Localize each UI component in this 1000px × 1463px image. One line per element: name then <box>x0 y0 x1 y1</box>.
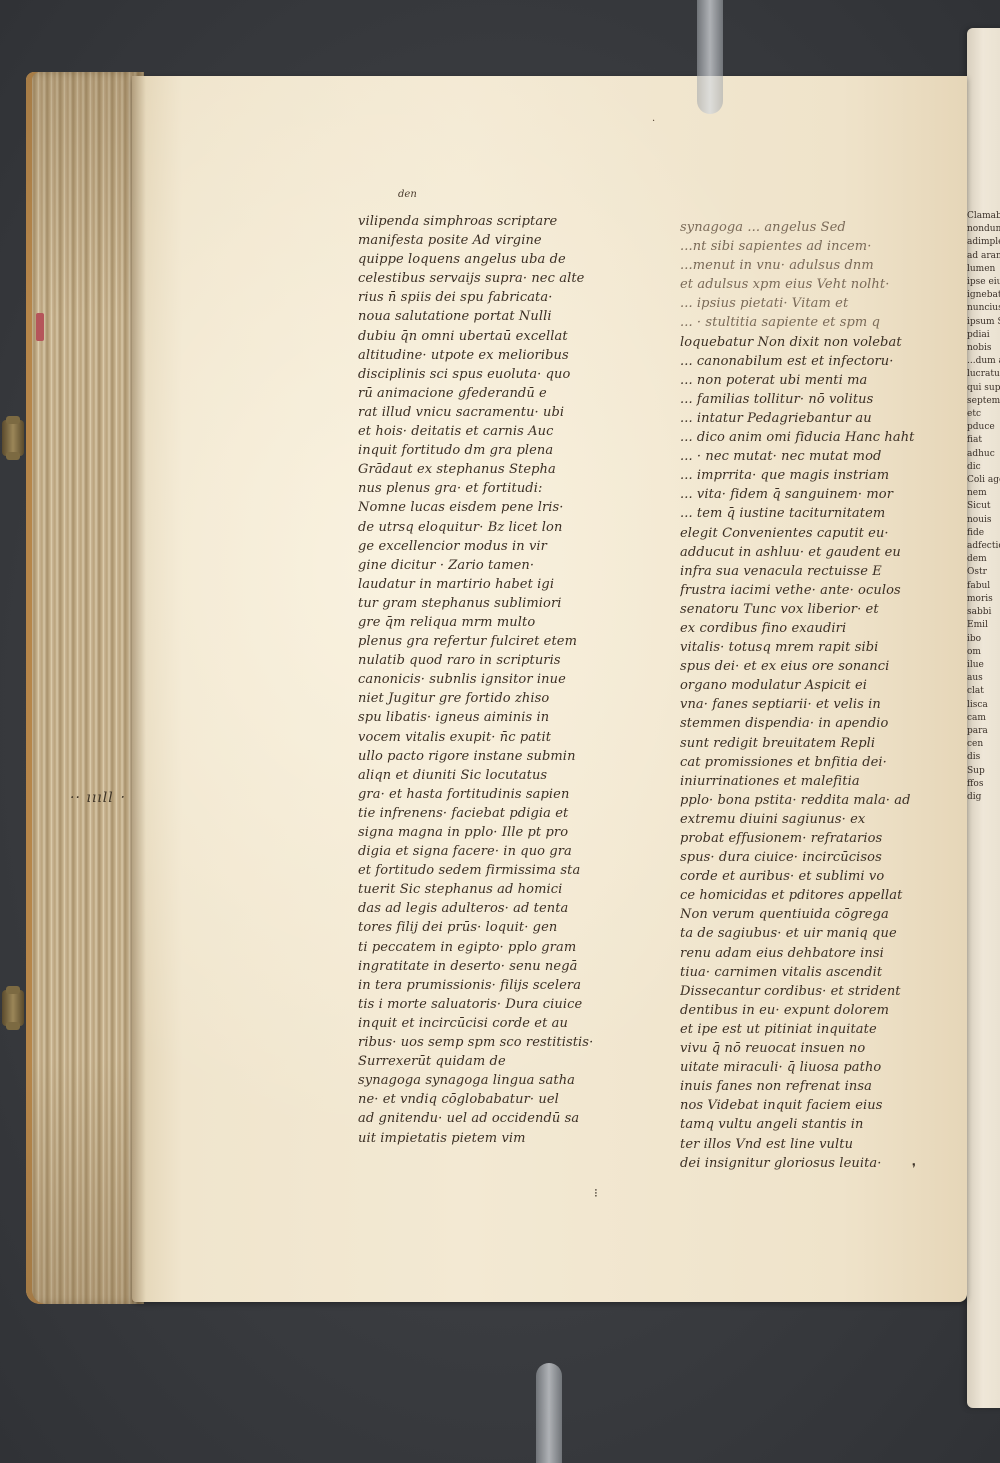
next-leaf-line: fabul <box>967 580 1000 593</box>
next-leaf-line: ipse eius <box>967 276 1000 289</box>
manuscript-line: de utrsq eloquitur· Bz licet lon <box>358 518 628 537</box>
manuscript-line: gre q̄m reliqua mrm multo <box>358 613 628 632</box>
book-weight-top <box>697 0 723 114</box>
next-leaf-line: fide <box>967 527 1000 540</box>
manuscript-line: et ipe est ut pitiniat inquitate <box>680 1020 948 1039</box>
manuscript-line: ... vita· fidem q̄ sanguinem· mor <box>680 485 948 504</box>
manuscript-line: infra sua venacula rectuisse E <box>680 562 948 581</box>
manuscript-line: ge excellencior modus in vir <box>358 537 628 556</box>
next-leaf-line: Coli agens <box>967 474 1000 487</box>
next-leaf-line: pdiai <box>967 329 1000 342</box>
next-leaf-line: ilue <box>967 659 1000 672</box>
manuscript-line: iniurrinationes et malefitia <box>680 772 948 791</box>
next-leaf-line: dig <box>967 791 1000 804</box>
manuscript-line: gine dicitur · Zario tamen· <box>358 556 628 575</box>
manuscript-line: noua salutatione portat Nulli <box>358 307 628 326</box>
book-fore-edge <box>26 72 144 1304</box>
manuscript-line: ... · nec mutat· nec mutat mod <box>680 447 948 466</box>
manuscript-line: inquit fortitudo dm gra plena <box>358 441 628 460</box>
manuscript-line: corde et auribus· et sublimi vo <box>680 867 948 886</box>
manuscript-line: et adulsus xpm eius Veht nolht· <box>680 275 948 294</box>
manuscript-line: ... dico anim omi fiducia Hanc haht <box>680 428 948 447</box>
manuscript-line: canonicis· subnlis ignsitor inue <box>358 670 628 689</box>
next-leaf-line: qui sup <box>967 382 1000 395</box>
next-leaf-line: Sicut <box>967 500 1000 513</box>
clasp-lower <box>2 990 24 1026</box>
manuscript-line: ex cordibus fino exaudiri <box>680 619 948 638</box>
next-leaf-line: clat <box>967 685 1000 698</box>
next-leaf-line: ...dum aduer <box>967 355 1000 368</box>
manuscript-line: sunt redigit breuitatem Repli <box>680 734 948 753</box>
bottom-margin-mark: ⁝ <box>594 1186 598 1200</box>
next-leaf-line: lucratus <box>967 368 1000 381</box>
manuscript-line: quippe loquens angelus uba de <box>358 250 628 269</box>
next-leaf-line: ipsum S <box>967 316 1000 329</box>
manuscript-line: Dissecantur cordibus· et strident <box>680 982 948 1001</box>
next-leaf-line: septem <box>967 395 1000 408</box>
manuscript-line: senatoru Tunc vox liberior· et <box>680 600 948 619</box>
manuscript-line: ... imprrita· que magis instriam <box>680 466 948 485</box>
manuscript-line: Nomne lucas eisdem pene lris· <box>358 498 628 517</box>
manuscript-line: cat promissiones et bnfitia dei· <box>680 753 948 772</box>
next-leaf-line: ignebat <box>967 289 1000 302</box>
next-leaf-line: ibo <box>967 633 1000 646</box>
manuscript-line: probat effusionem· refratarios <box>680 829 948 848</box>
manuscript-line: dentibus in eu· expunt dolorem <box>680 1001 948 1020</box>
next-leaf-line: ffos <box>967 778 1000 791</box>
manuscript-line: rius n̄ spiis dei spu fabricata· <box>358 288 628 307</box>
manuscript-line: tuerit Sic stephanus ad homici <box>358 880 628 899</box>
top-margin-mark: · <box>652 116 655 127</box>
next-leaf-line: adhuc <box>967 448 1000 461</box>
book-weight-bottom <box>536 1363 562 1463</box>
next-leaf-line: aus <box>967 672 1000 685</box>
manuscript-line: gra· et hasta fortitudinis sapien <box>358 785 628 804</box>
next-leaf-line: lisca <box>967 699 1000 712</box>
next-leaf-line: nem <box>967 487 1000 500</box>
manuscript-line: ... canonabilum est et infectoru· <box>680 352 948 371</box>
clasp-upper <box>2 420 24 456</box>
manuscript-line: ta de sagiubus· et uir maniq que <box>680 924 948 943</box>
manuscript-line: ... tem q̄ iustine taciturnitatem <box>680 504 948 523</box>
manuscript-line: vocem vitalis exupit· n̄c patit <box>358 728 628 747</box>
manuscript-line: Grādaut ex stephanus Stepha <box>358 460 628 479</box>
manuscript-line: ... familias tollitur· nō volitus <box>680 390 948 409</box>
next-leaf-line: fiat <box>967 434 1000 447</box>
manuscript-line: celestibus servaijs supra· nec alte <box>358 269 628 288</box>
next-leaf-line: cam <box>967 712 1000 725</box>
next-leaf-line: moris <box>967 593 1000 606</box>
manuscript-line: nulatib quod raro in scripturis <box>358 651 628 670</box>
next-leaf-text: Clamabatnondumadimpletad aramlumenipse e… <box>967 210 1000 804</box>
manuscript-line: synagoga ... angelus Sed <box>680 218 948 237</box>
manuscript-line: nos Videbat inquit faciem eius <box>680 1096 948 1115</box>
manuscript-line: niet Jugitur gre fortido zhiso <box>358 689 628 708</box>
manuscript-line: adducut in ashluu· et gaudent eu <box>680 543 948 562</box>
manuscript-line: vivu q̄ nō reuocat insuen no <box>680 1039 948 1058</box>
manuscript-line: et fortitudo sedem firmissima sta <box>358 861 628 880</box>
manuscript-line: tis i morte saluatoris· Dura ciuice <box>358 995 628 1014</box>
next-leaf-line: Ostr <box>967 566 1000 579</box>
manuscript-line: ingratitate in deserto· senu negā <box>358 957 628 976</box>
manuscript-line: elegit Convenientes caputit eu· <box>680 524 948 543</box>
manuscript-line: spus· dura ciuice· incircūcisos <box>680 848 948 867</box>
manuscript-line: signa magna in pplo· Ille pt pro <box>358 823 628 842</box>
manuscript-line: Surrexerūt quidam de <box>358 1052 628 1071</box>
next-leaf-line: Sup <box>967 765 1000 778</box>
manuscript-line: altitudine· utpote ex melioribus <box>358 346 628 365</box>
manuscript-line: plenus gra refertur fulciret etem <box>358 632 628 651</box>
manuscript-line: tiua· carnimen vitalis ascendit <box>680 963 948 982</box>
next-leaf-line: ad aram <box>967 250 1000 263</box>
manuscript-line: ...menut in vnu· adulsus dnm <box>680 256 948 275</box>
manuscript-line: ter illos Vnd est line vultu <box>680 1135 948 1154</box>
next-leaf-line: dem <box>967 553 1000 566</box>
manuscript-line: uitate miraculi· q̄ liuosa patho <box>680 1058 948 1077</box>
next-leaf-line: pduce <box>967 421 1000 434</box>
next-leaf-line: para <box>967 725 1000 738</box>
manuscript-line: renu adam eius dehbatore insi <box>680 944 948 963</box>
manuscript-line: synagoga synagoga lingua satha <box>358 1071 628 1090</box>
manuscript-line: vitalis· totusq mrem rapit sibi <box>680 638 948 657</box>
next-leaf-line: cen <box>967 738 1000 751</box>
manuscript-line: tur gram stephanus sublimiori <box>358 594 628 613</box>
next-leaf-line: sabbi <box>967 606 1000 619</box>
interlinear-gloss: den <box>398 189 417 200</box>
manuscript-line: laudatur in martirio habet igi <box>358 575 628 594</box>
manuscript-line: ce homicidas et pditores appellat <box>680 886 948 905</box>
manuscript-line: extremu diuini sagiunus· ex <box>680 810 948 829</box>
manuscript-line: ... · stultitia sapiente et spm q <box>680 313 948 332</box>
next-leaf-line: adimplet <box>967 236 1000 249</box>
manuscript-line: digia et signa facere· in quo gra <box>358 842 628 861</box>
manuscript-line: disciplinis sci spus euoluta· quo <box>358 365 628 384</box>
text-column-left: vilipenda simphroas scriptaremanifesta p… <box>358 212 628 1148</box>
manuscript-line: aliqn et diuniti Sic locutatus <box>358 766 628 785</box>
manuscript-line: loquebatur Non dixit non volebat <box>680 333 948 352</box>
manuscript-line: nus plenus gra· et fortitudi: <box>358 479 628 498</box>
manuscript-line: rat illud vnicu sacramentu· ubi <box>358 403 628 422</box>
manuscript-line: et hois· deitatis et carnis Auc <box>358 422 628 441</box>
manuscript-line: in tera prumissionis· filijs scelera <box>358 976 628 995</box>
next-leaf-line: Clamabat <box>967 210 1000 223</box>
next-leaf-line: nobis <box>967 342 1000 355</box>
manuscript-line: inuis fanes non refrenat insa <box>680 1077 948 1096</box>
page-tab-marker <box>36 313 44 341</box>
manuscript-line: dubiu q̄n omni ubertaū excellat <box>358 327 628 346</box>
manuscript-line: manifesta posite Ad virgine <box>358 231 628 250</box>
manuscript-line: ... ipsius pietati· Vitam et <box>680 294 948 313</box>
manuscript-line: uit impietatis pietem vim <box>358 1129 628 1148</box>
next-leaf-line: etc <box>967 408 1000 421</box>
next-leaf-line: dic <box>967 461 1000 474</box>
text-column-right: synagoga ... angelus Sed...nt sibi sapie… <box>680 218 948 1173</box>
manuscript-line: das ad legis adulteros· ad tenta <box>358 899 628 918</box>
manuscript-line: ne· et vndiq cōglobabatur· uel <box>358 1090 628 1109</box>
manuscript-line: rū animacione gfederandū e <box>358 384 628 403</box>
manuscript-line: spu libatis· igneus aiminis in <box>358 708 628 727</box>
manuscript-line: ribus· uos semp spm sco restitistis· <box>358 1033 628 1052</box>
manuscript-line: ti peccatem in egipto· pplo gram <box>358 938 628 957</box>
manuscript-line: inquit et incircūcisi corde et au <box>358 1014 628 1033</box>
manuscript-line: ullo pacto rigore instane submin <box>358 747 628 766</box>
next-leaf-line: lumen <box>967 263 1000 276</box>
next-leaf-line: adfectio <box>967 540 1000 553</box>
next-leaf-line: Emil <box>967 619 1000 632</box>
manuscript-line: Non verum quentiuida cōgrega <box>680 905 948 924</box>
manuscript-line: tamq vultu angeli stantis in <box>680 1115 948 1134</box>
manuscript-line: dei insignitur gloriosus leuita· <box>680 1154 948 1173</box>
manuscript-line: organo modulatur Aspicit ei <box>680 676 948 695</box>
manuscript-line: ... intatur Pedagriebantur au <box>680 409 948 428</box>
manuscript-line: ...nt sibi sapientes ad incem· <box>680 237 948 256</box>
next-leaf-line: om <box>967 646 1000 659</box>
manuscript-line: tie infrenens· faciebat pdigia et <box>358 804 628 823</box>
manuscript-line: vna· fanes septiarii· et velis in <box>680 695 948 714</box>
fore-edge-writing: ·· ıııll ‧ <box>70 790 125 806</box>
next-leaf-line: nouis <box>967 514 1000 527</box>
manuscript-line: stemmen dispendia· in apendio <box>680 714 948 733</box>
manuscript-line: tores filij dei prūs· loquit· gen <box>358 918 628 937</box>
manuscript-line: pplo· bona pstita· reddita mala· ad <box>680 791 948 810</box>
manuscript-line: ad gnitendu· uel ad occidendū sa <box>358 1109 628 1128</box>
next-leaf-line: nuncius <box>967 302 1000 315</box>
next-leaf-edge: Clamabatnondumadimpletad aramlumenipse e… <box>967 28 1000 1408</box>
manuscript-line: ... non poterat ubi menti ma <box>680 371 948 390</box>
next-leaf-line: dis <box>967 751 1000 764</box>
manuscript-line: spus dei· et ex eius ore sonanci <box>680 657 948 676</box>
manuscript-line: frustra iacimi vethe· ante· oculos <box>680 581 948 600</box>
manuscript-line: vilipenda simphroas scriptare <box>358 212 628 231</box>
next-leaf-line: nondum <box>967 223 1000 236</box>
